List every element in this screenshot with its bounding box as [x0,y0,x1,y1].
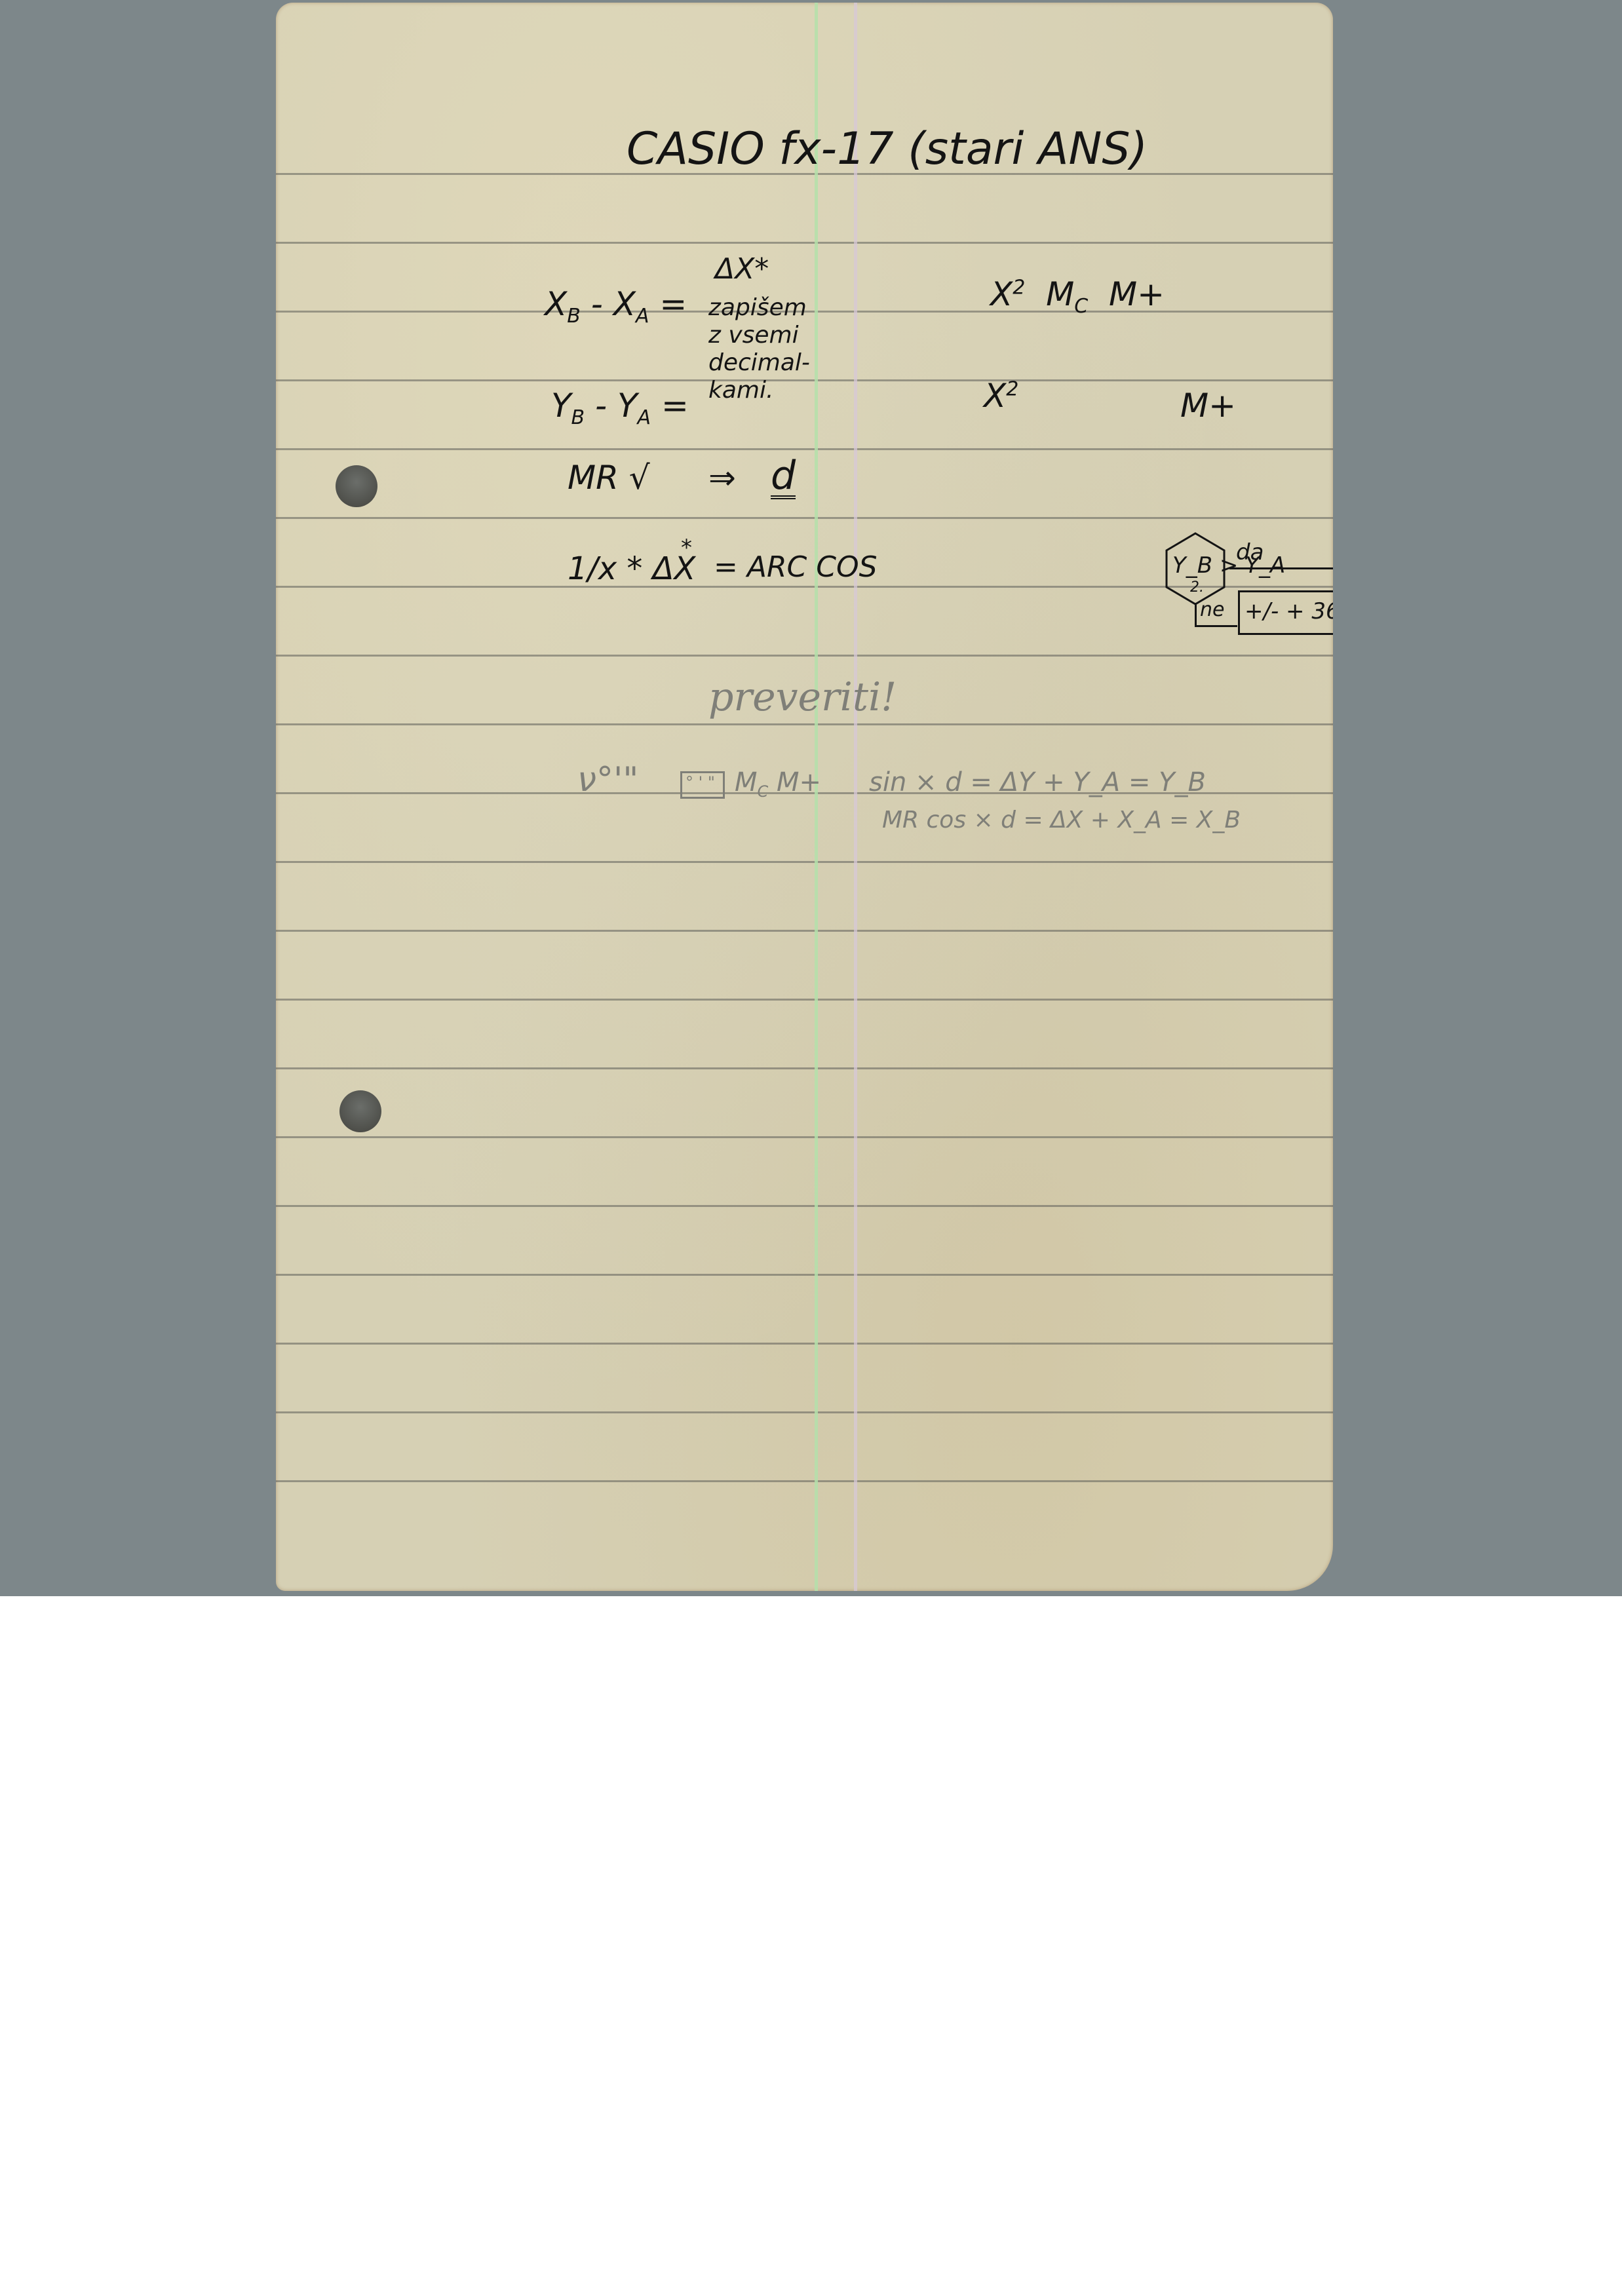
key-m-plus: M+ [1109,275,1165,313]
angle-expression: 1/x * ΔX [568,553,695,584]
ruled-line [276,242,1333,244]
no-branch-line [1195,603,1197,625]
ruled-line [276,1274,1333,1276]
punch-hole-top [336,465,377,507]
yb-symbol: Y [551,387,571,425]
ruled-line [276,1136,1333,1138]
dx-note: zapišem z vsemi decimal- kami. [708,294,810,404]
squared-sup: 2 [1006,377,1018,400]
condition-text: Y_B > Y_A [1172,554,1285,577]
ruled-line [276,448,1333,450]
no-box-text: +/- + 360 = [1245,600,1333,622]
no-label: ne [1200,600,1224,620]
xa-subscript: A [636,305,649,328]
minus-sign: - [595,387,607,425]
key-mc: M [1046,275,1074,313]
note-line-3: decimal- [708,349,810,377]
polar-keys: MC M+ [735,769,821,799]
distance-result: d [771,456,796,499]
ruled-line [276,1343,1333,1345]
check-note: preveriti! [708,678,897,717]
ruled-line [276,723,1333,725]
mc-sub: C [758,782,769,801]
mc-sub: C [1074,295,1088,318]
arccos-key: = ARC COS [714,553,878,582]
dms-key: ° ' " [685,775,715,790]
no-branch-line-h [1195,625,1237,627]
key-x-squared: X [990,275,1013,313]
ruled-line [276,1411,1333,1413]
ruled-line [276,655,1333,657]
note-line-1: zapišem [708,294,810,322]
squared-sup: 2 [1013,276,1025,299]
yes-label: da [1236,541,1264,564]
dy-key-x-squared: X2 [984,379,1018,412]
key-mc: M [735,767,758,797]
ruled-line [276,861,1333,863]
ruled-line [276,1205,1333,1207]
dy-key-m-plus: M+ [1180,389,1236,422]
ruled-line [276,1480,1333,1482]
distance-keys: MR √ [568,461,650,494]
xa-symbol: X [613,285,636,323]
implies-arrow: ⇒ [708,461,736,494]
ruled-line [276,999,1333,1001]
sin-line: sin × d = ΔY + Y_A = Y_B [869,769,1206,795]
delta-x-label: ΔX* [715,255,769,284]
punch-hole-bottom [339,1090,381,1132]
ruled-line [276,1067,1333,1069]
ya-subscript: A [638,406,651,429]
yes-arrow [1229,567,1333,569]
xb-subscript: B [567,305,581,328]
ruled-line [276,517,1333,519]
margin-line-pink [854,3,857,1591]
key-m-plus: M+ [777,767,821,797]
minus-sign: - [591,285,603,323]
dx-equation: XB - XA = [545,288,687,326]
condition-sub: 2. [1190,581,1204,595]
ruled-line [276,930,1333,932]
nu-label: ν°'" [577,763,638,797]
equals-sign: = [661,387,689,425]
page-title: CASIO fx-17 (stari ANS) [627,127,1148,172]
key-x-squared: X [984,377,1006,415]
note-line-2: z vsemi [708,322,810,349]
angle-star: * [681,537,692,559]
xb-symbol: X [545,285,567,323]
equals-sign: = [659,285,687,323]
yb-subscript: B [571,406,585,429]
dx-keys: X2 MC M+ [990,278,1165,316]
note-line-4: kami. [708,377,810,404]
notebook-page: CASIO fx-17 (stari ANS) ΔX* XB - XA = za… [276,3,1333,1591]
ya-symbol: Y [617,387,638,425]
dy-equation: YB - YA = [551,389,689,428]
cos-line: MR cos × d = ΔX + X_A = X_B [882,809,1241,832]
